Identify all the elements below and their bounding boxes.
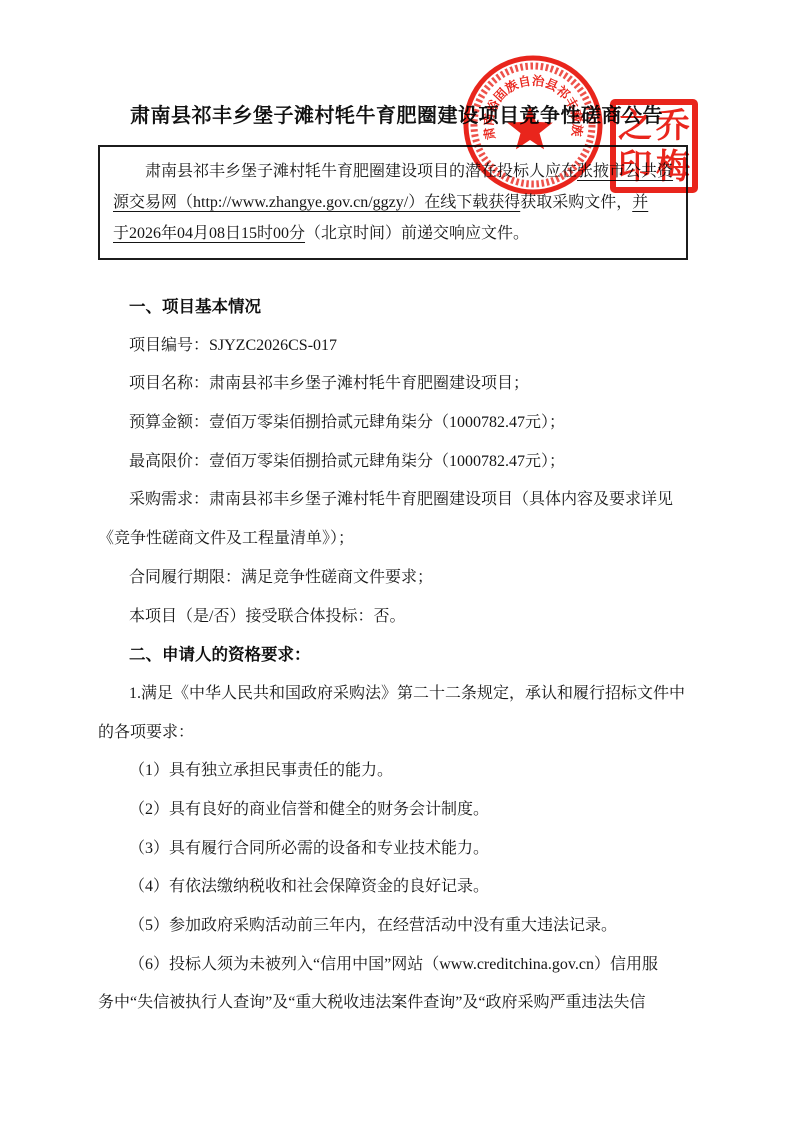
- body-line: 采购需求：肃南县祁丰乡堡子滩村牦牛育肥圈建设项目（具体内容及要求详见: [98, 481, 698, 520]
- notice-line: 源交易网（http://www.zhangye.gov.cn/ggzy/）在线下…: [113, 187, 673, 218]
- document-body: 一、项目基本情况项目编号：SJYZC2026CS-017项目名称：肃南县祁丰乡堡…: [98, 288, 698, 1023]
- notice-box: 肃南县祁丰乡堡子滩村牦牛育肥圈建设项目的潜在投标人应在张掖市公共资源交易网（ht…: [98, 145, 688, 260]
- body-line: 合同履行期限：满足竞争性磋商文件要求；: [98, 559, 698, 598]
- underlined-text: 张掖市公共资: [577, 163, 673, 180]
- underlined-text: 并: [632, 194, 648, 211]
- underlined-text: 源交易网（http://www.zhangye.gov.cn/ggzy/）在线下…: [113, 194, 520, 211]
- document-page: 肃南县祁丰乡堡子滩村牦牛育肥圈建设项目竞争性磋商公告 肃南县祁丰乡堡子滩村牦牛育…: [0, 0, 793, 1122]
- plain-text: 获取采购文件，: [520, 194, 632, 211]
- body-line: 《竞争性磋商文件及工程量清单》）；: [98, 520, 698, 559]
- body-line: （1）具有独立承担民事责任的能力。: [98, 752, 698, 791]
- section-heading: 二、申请人的资格要求：: [98, 636, 698, 675]
- body-line: 最高限价：壹佰万零柒佰捌拾贰元肆角柒分（1000782.47元）；: [98, 443, 698, 482]
- body-line: （4）有依法缴纳税收和社会保障资金的良好记录。: [98, 868, 698, 907]
- notice-line: 肃南县祁丰乡堡子滩村牦牛育肥圈建设项目的潜在投标人应在张掖市公共资: [113, 156, 673, 187]
- body-line: 本项目（是/否）接受联合体投标：否。: [98, 598, 698, 637]
- plain-text: 肃南县祁丰乡堡子滩村牦牛育肥圈建设项目的潜在投标人应在: [145, 163, 577, 180]
- section-heading: 一、项目基本情况: [98, 288, 698, 327]
- plain-text: （北京时间）前递交响应文件。: [305, 225, 529, 242]
- body-line: （5）参加政府采购活动前三年内，在经营活动中没有重大违法记录。: [98, 907, 698, 946]
- notice-line: 于2026年04月08日15时00分（北京时间）前递交响应文件。: [113, 218, 673, 249]
- body-line: 1.满足《中华人民共和国政府采购法》第二十二条规定，承认和履行招标文件中: [98, 675, 698, 714]
- body-line: 务中“失信被执行人查询”及“重大税收违法案件查询”及“政府采购严重违法失信: [98, 984, 698, 1023]
- body-line: 预算金额：壹佰万零柒佰捌拾贰元肆角柒分（1000782.47元）；: [98, 404, 698, 443]
- body-line: （2）具有良好的商业信誉和健全的财务会计制度。: [98, 791, 698, 830]
- body-line: （3）具有履行合同所必需的设备和专业技术能力。: [98, 830, 698, 869]
- page-title: 肃南县祁丰乡堡子滩村牦牛育肥圈建设项目竞争性磋商公告: [0, 99, 793, 128]
- body-line: 项目名称：肃南县祁丰乡堡子滩村牦牛育肥圈建设项目；: [98, 365, 698, 404]
- underlined-text: 于2026年04月08日15时00分: [113, 225, 305, 242]
- body-line: 的各项要求：: [98, 714, 698, 753]
- body-line: （6）投标人须为未被列入“信用中国”网站（www.creditchina.gov…: [98, 946, 698, 985]
- body-line: 项目编号：SJYZC2026CS-017: [98, 327, 698, 366]
